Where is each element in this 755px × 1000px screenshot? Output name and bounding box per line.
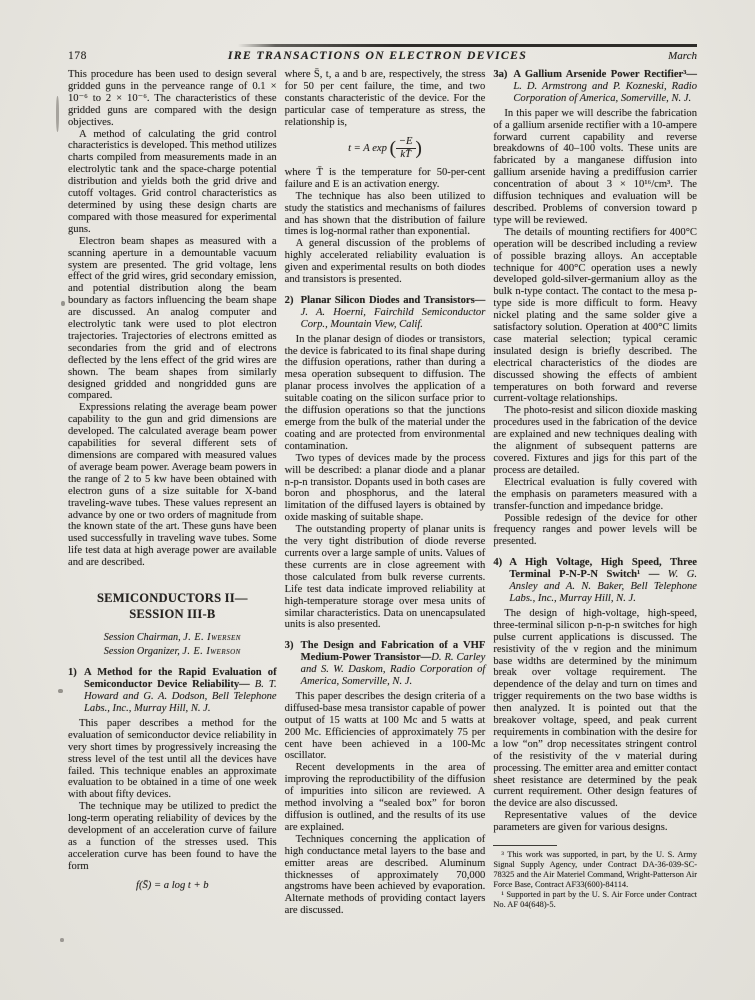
abstract-item-3-heading: 3)The Design and Fabrication of a VHF Me…: [285, 640, 486, 688]
paragraph: A method of calculating the grid control…: [68, 129, 277, 236]
section-heading-line2: SESSION III-B: [68, 607, 277, 623]
issue-date: March: [668, 50, 697, 62]
session-organizer-label: Session Organizer,: [104, 646, 183, 657]
fraction-denominator: kT̄: [396, 149, 416, 161]
paragraph: The photo-resist and silicon dioxide mas…: [493, 405, 697, 476]
paragraph: Electrical evaluation is fully covered w…: [493, 477, 697, 513]
paragraph: This paper describes the design criteria…: [285, 691, 486, 762]
paragraph: In the planar design of diodes or transi…: [285, 334, 486, 453]
paragraph: Techniques concerning the application of…: [285, 834, 486, 917]
footnote-rule: [493, 845, 557, 846]
paragraph: The details of mounting rectifiers for 4…: [493, 227, 697, 406]
paragraph: The technique has also been utilized to …: [285, 191, 486, 239]
abstract-item-2-heading: 2)Planar Silicon Diodes and Transistors—…: [285, 295, 486, 331]
paragraph: Recent developments in the area of impro…: [285, 762, 486, 833]
item-number: 2): [285, 295, 294, 307]
scan-artifact: [58, 689, 63, 693]
paragraph: Two types of devices made by the process…: [285, 453, 486, 524]
paragraph: This procedure has been used to design s…: [68, 69, 277, 129]
paragraph: The technique may be utilized to predict…: [68, 801, 277, 872]
item-authors: J. A. Hoerni, Fairchild Semiconductor Co…: [301, 307, 486, 330]
session-organizer-name: J. E. Iwerson: [182, 646, 240, 657]
item-number: 4): [493, 557, 502, 569]
item-title: Planar Silicon Diodes and Transistors—: [301, 295, 486, 306]
abstract-item-3a-heading: 3a)A Gallium Arsenide Power Rectifier³— …: [493, 69, 697, 105]
session-organizer: Session Organizer, J. E. Iwerson: [68, 645, 277, 659]
formula-acceleration-curve: f(S̄) = a log t + b: [68, 880, 277, 892]
footnote: ³ This work was supported, in part, by t…: [493, 850, 697, 890]
journal-title: IRE TRANSACTIONS ON ELECTRON DEVICES: [87, 48, 668, 63]
journal-page: 178 IRE TRANSACTIONS ON ELECTRON DEVICES…: [0, 0, 755, 1000]
paragraph: Electron beam shapes as measured with a …: [68, 236, 277, 403]
header-rule: [68, 44, 697, 47]
running-head: 178 IRE TRANSACTIONS ON ELECTRON DEVICES…: [68, 48, 697, 63]
session-chairman-label: Session Chairman,: [104, 632, 184, 643]
scan-artifact: [56, 96, 59, 132]
paragraph: Possible redesign of the device for othe…: [493, 513, 697, 549]
paragraph: The design of high-voltage, high-speed, …: [493, 608, 697, 810]
session-chairman-name: J. E. Iwersen: [183, 632, 241, 643]
item-number: 3a): [493, 69, 507, 81]
column-right: 3a)A Gallium Arsenide Power Rectifier³— …: [493, 69, 697, 917]
footnote: ¹ Supported in part by the U. S. Air For…: [493, 890, 697, 910]
abstract-item-4-heading: 4)A High Voltage, High Speed, Three Term…: [493, 557, 697, 605]
paragraph: A general discussion of the problems of …: [285, 238, 486, 286]
right-paren: ): [416, 138, 422, 159]
item-authors: L. D. Armstrong and P. Kozneski, Radio C…: [513, 81, 697, 104]
formula-arrhenius: t = A exp (−EkT̄): [285, 136, 486, 161]
section-heading: SEMICONDUCTORS II— SESSION III-B: [68, 591, 277, 622]
paragraph: where T̄ is the temperature for 50-per-c…: [285, 167, 486, 191]
session-chairman: Session Chairman, J. E. Iwersen: [68, 631, 277, 645]
paragraph: Expressions relating the average beam po…: [68, 402, 277, 569]
item-number: 1): [68, 667, 77, 679]
fraction-numerator: −E: [396, 136, 416, 149]
paragraph: where S̄, t, a and b are, respectively, …: [285, 69, 486, 129]
section-heading-line1: SEMICONDUCTORS II—: [68, 591, 277, 607]
scan-artifact: [60, 938, 64, 942]
item-title: A Method for the Rapid Evaluation of Sem…: [84, 667, 277, 690]
column-left: This procedure has been used to design s…: [68, 69, 277, 917]
page-number: 178: [68, 49, 87, 62]
item-number: 3): [285, 640, 294, 652]
content-columns: This procedure has been used to design s…: [68, 69, 697, 917]
paragraph: The outstanding property of planar units…: [285, 524, 486, 631]
left-paren: (: [390, 138, 396, 159]
paragraph: Representative values of the device para…: [493, 810, 697, 834]
column-center: where S̄, t, a and b are, respectively, …: [285, 69, 486, 917]
session-credits: Session Chairman, J. E. Iwersen Session …: [68, 631, 277, 658]
paragraph: This paper describes a method for the ev…: [68, 718, 277, 801]
paragraph: In this paper we will describe the fabri…: [493, 108, 697, 227]
fraction: −EkT̄: [396, 136, 416, 161]
abstract-item-1-heading: 1)A Method for the Rapid Evaluation of S…: [68, 667, 277, 715]
formula-lhs: t = A exp: [348, 143, 389, 154]
item-title: A Gallium Arsenide Power Rectifier³—: [513, 69, 697, 80]
scan-artifact: [61, 301, 65, 306]
